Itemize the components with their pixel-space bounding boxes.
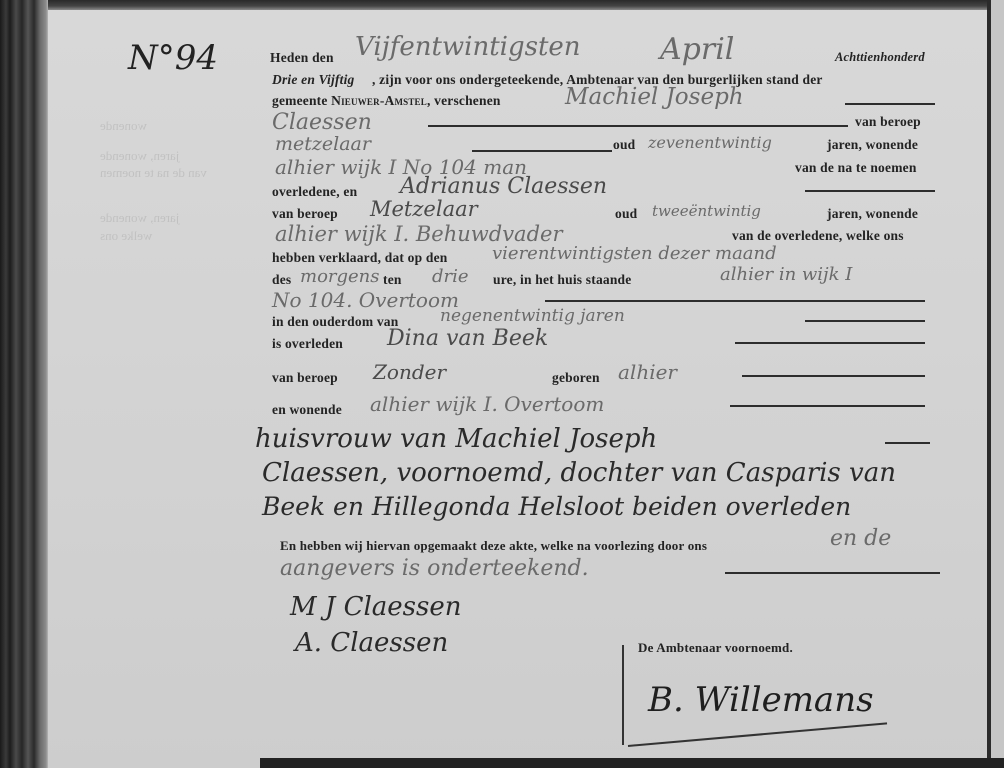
fill-line	[845, 103, 935, 105]
handwritten-hour: drie	[432, 266, 469, 287]
fill-line	[730, 405, 925, 407]
bleed-through-text: jaren, wonende	[100, 210, 179, 226]
handwritten-declarant2-age: tweeëntwintig	[652, 202, 761, 220]
handwritten-closing-fill1: en de	[830, 526, 891, 551]
bleed-through-text: jaren, wonende	[100, 148, 179, 164]
printed-year: Drie en Vijftig	[272, 72, 355, 88]
fill-line	[472, 150, 612, 152]
printed-overledene-en: overledene, en	[272, 184, 357, 200]
printed-ure-huis: ure, in het huis staande	[493, 272, 631, 288]
book-binding	[0, 0, 48, 768]
handwritten-birthplace: alhier	[618, 360, 677, 384]
handwritten-declarant1-occupation: metzelaar	[275, 133, 371, 155]
fill-line	[805, 190, 935, 192]
fill-line	[545, 300, 925, 302]
handwritten-relation-line1: huisvrouw van Machiel Joseph	[255, 424, 657, 454]
record-number: N°94	[128, 38, 218, 78]
bleed-through-text: welke ons	[100, 228, 152, 244]
printed-des: des	[272, 272, 291, 288]
printed-oud: oud	[613, 137, 635, 153]
printed-en-wonende: en wonende	[272, 402, 342, 418]
handwritten-death-date: vierentwintigsten dezer maand	[492, 243, 777, 264]
fill-line	[742, 375, 925, 377]
handwritten-declarant1-first: Machiel Joseph	[565, 84, 744, 110]
handwritten-time-of-day: morgens	[300, 266, 380, 287]
printed-jaren-wonende: jaren, wonende	[827, 137, 918, 153]
handwritten-relation-line2: Claessen, voornoemd, dochter van Caspari…	[262, 458, 896, 488]
printed-van-beroep-2: van beroep	[272, 206, 338, 222]
printed-geboren: geboren	[552, 370, 600, 386]
fill-line	[885, 442, 930, 444]
gemeente-name: Nieuwer-Amstel	[331, 93, 427, 108]
handwritten-age-deceased: negenentwintig jaren	[440, 306, 625, 326]
printed-ten: ten	[383, 272, 402, 288]
record-number-label: N°	[128, 38, 175, 78]
fill-line	[428, 125, 848, 127]
bottom-page-edge	[260, 758, 1004, 768]
next-page-strip	[991, 0, 1004, 768]
record-number-value: 94	[175, 38, 218, 78]
printed-heden-den: Heden den	[270, 50, 334, 66]
handwritten-deceased-name: Dina van Beek	[387, 326, 548, 351]
handwritten-date-month: April	[660, 32, 734, 67]
handwritten-declarant2-occupation: Metzelaar	[370, 197, 478, 221]
printed-ouderdom: in den ouderdom van	[272, 314, 398, 330]
handwritten-closing-fill2: aangevers is onderteekend.	[280, 556, 589, 581]
printed-official-title: De Ambtenaar voornoemd.	[638, 640, 793, 656]
bleed-through-text: van de na te noemen	[100, 165, 207, 181]
handwritten-declarant1-age: zevenentwintig	[648, 133, 772, 152]
gemeente-label: gemeente	[272, 93, 328, 108]
official-seal-bracket	[622, 645, 638, 745]
printed-hebben-verklaard: hebben verklaard, dat op den	[272, 250, 448, 266]
printed-jaren-wonende-2: jaren, wonende	[827, 206, 918, 222]
printed-van-beroep-3: van beroep	[272, 370, 338, 386]
printed-van-de-na-te-noemen: van de na te noemen	[795, 160, 917, 176]
handwritten-house-location: alhier in wijk I	[720, 264, 852, 285]
handwritten-date-day: Vijfentwintigsten	[355, 32, 581, 62]
handwritten-house-location-2: No 104. Overtoom	[272, 288, 459, 312]
fill-line	[805, 320, 925, 322]
fill-line	[735, 342, 925, 344]
printed-van-de-overledene: van de overledene, welke ons	[732, 228, 904, 244]
signature-declarant2: A. Claessen	[295, 628, 448, 658]
handwritten-deceased-occupation: Zonder	[373, 360, 446, 384]
printed-achttienhonderd: Achttienhonderd	[835, 50, 925, 65]
printed-is-overleden: is overleden	[272, 336, 343, 352]
printed-oud-2: oud	[615, 206, 637, 222]
handwritten-declarant2-name: Adrianus Claessen	[400, 174, 607, 199]
handwritten-declarant1-last: Claessen	[272, 110, 372, 135]
handwritten-relation-line3: Beek en Hillegonda Helsloot beiden overl…	[262, 492, 851, 521]
fill-line	[725, 572, 940, 574]
verschenen-label: , verschenen	[427, 93, 501, 108]
printed-van-beroep: van beroep	[855, 114, 921, 130]
printed-closing: En hebben wij hiervan opgemaakt deze akt…	[280, 538, 707, 554]
signature-declarant1: M J Claessen	[290, 592, 462, 622]
register-page	[46, 10, 988, 768]
bleed-through-text: wonende	[100, 118, 147, 134]
handwritten-residence: alhier wijk I. Overtoom	[370, 392, 604, 416]
signature-official: B. Willemans	[648, 680, 874, 720]
printed-gemeente: gemeente Nieuwer-Amstel, verschenen	[272, 93, 501, 109]
